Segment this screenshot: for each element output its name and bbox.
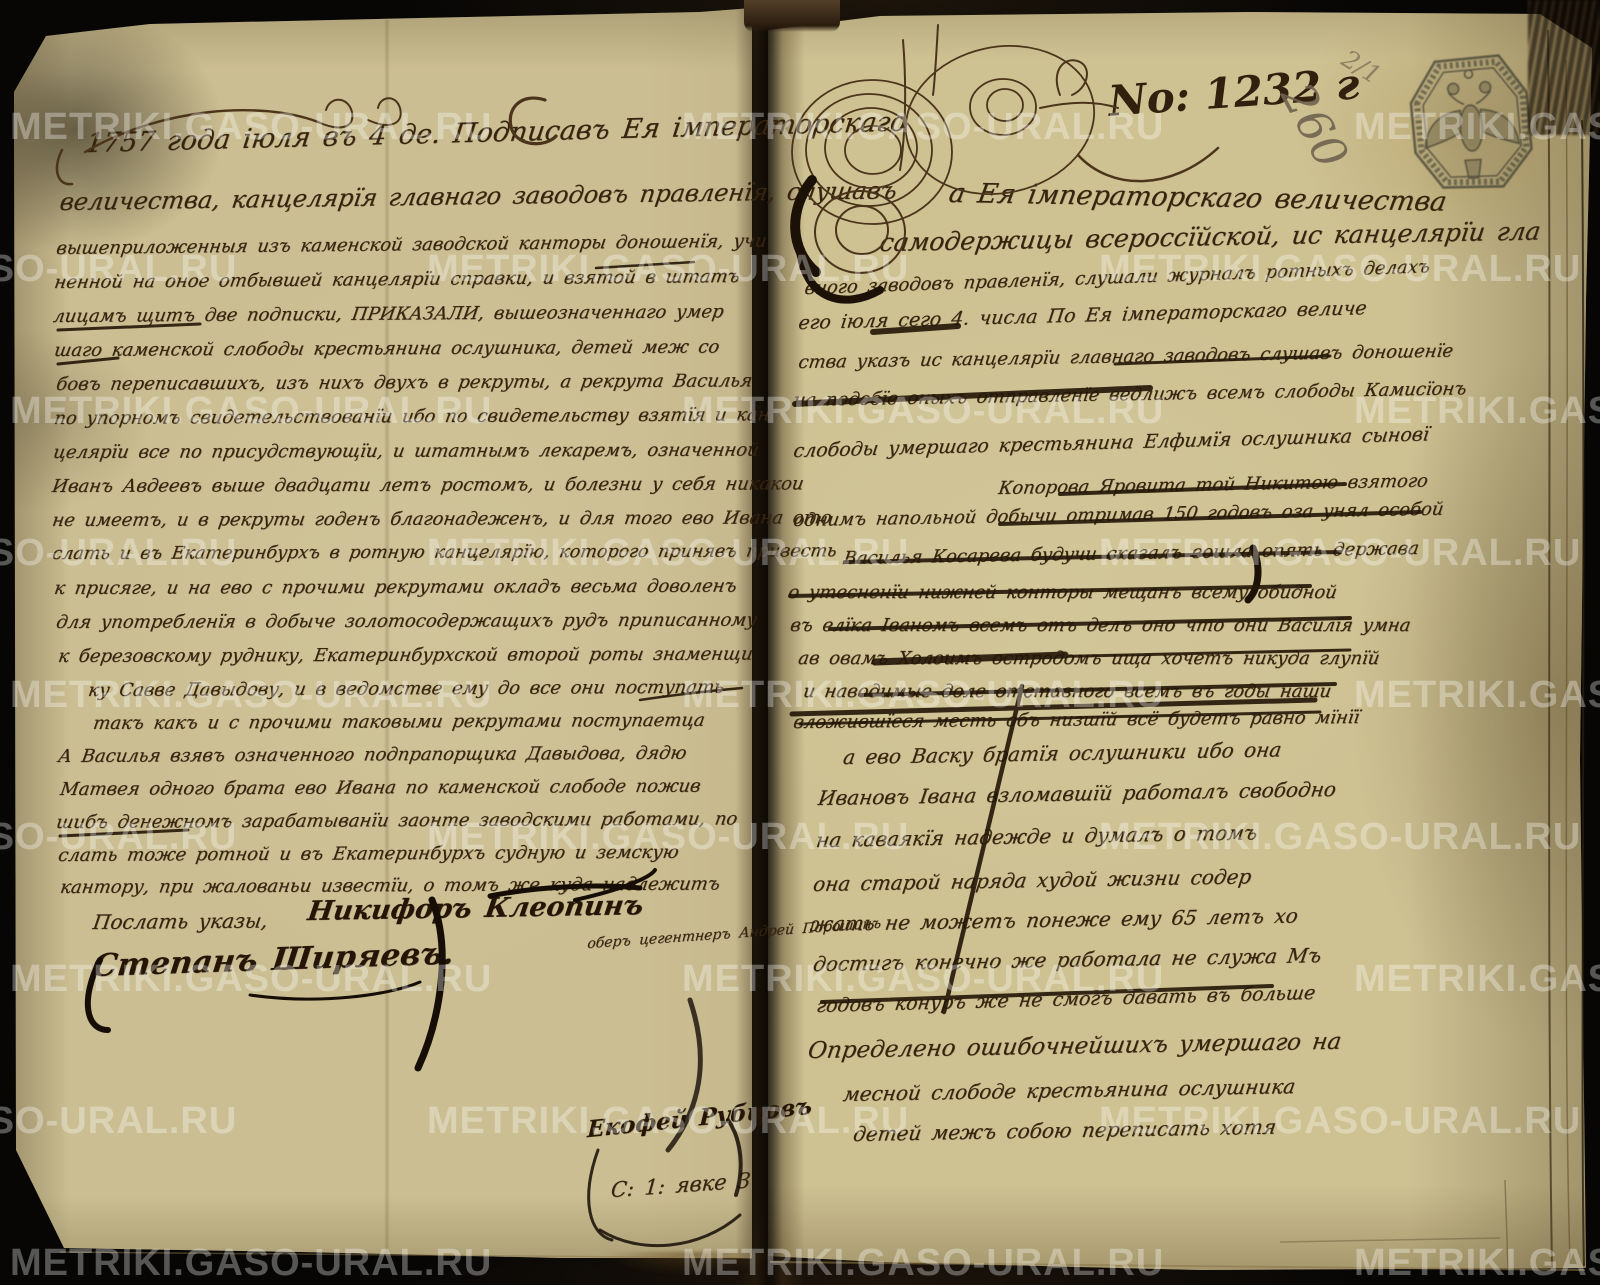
handwriting-line: въ елïка Іваномъ всемъ отъ делъ оно что … bbox=[789, 615, 1412, 636]
binding-corner-streaks bbox=[1528, 0, 1600, 135]
handwriting-line: по упорномъ свидетельствованïи ибо по св… bbox=[53, 404, 771, 429]
handwriting-line: Иванъ Авдеевъ выше двадцати летъ ростомъ… bbox=[51, 473, 805, 497]
closing-line: Послать указы, bbox=[91, 908, 269, 934]
manuscript-scan: No: 1232 г 260 2/1 1757 года іюля въ 4 д… bbox=[0, 0, 1600, 1285]
handwriting-line: слать и въ Екатеринбурхъ в ротную канцел… bbox=[51, 541, 838, 564]
handwriting-line: ку Савве Давыдову, и в ведомстве ему до … bbox=[87, 677, 726, 701]
handwriting-line: целярïи все по присудствующïи, и штатным… bbox=[52, 440, 761, 463]
handwriting-line: слать тоже ротной и въ Екатеринбурхъ суд… bbox=[57, 842, 681, 866]
binding-edge bbox=[744, 0, 840, 32]
handwriting-line: и наводимые доле отставного всемъ въ год… bbox=[802, 681, 1333, 702]
handwriting-line: для употребленïя в добыче золотосодержащ… bbox=[55, 610, 759, 633]
handwriting-line: ав овамъ Холоимъ остродомъ ища хочетъ ни… bbox=[797, 648, 1381, 669]
handwriting-line: А Василья взявъ означенного подпрапорщик… bbox=[57, 743, 688, 767]
handwriting-line: Матвея одного брата ево Ивана по каменск… bbox=[59, 776, 702, 800]
handwriting-line: к присяге, и на ево с прочими рекрутами … bbox=[53, 576, 738, 599]
handwriting-line: бовъ переписавшихъ, изъ нихъ двухъ в рек… bbox=[55, 370, 754, 395]
handwriting-line: такъ какъ и с прочими таковыми рекрутами… bbox=[92, 710, 707, 734]
handwriting-line: о утесненïи нижней конторы мещанъ всему … bbox=[787, 582, 1339, 603]
page-edge-debris bbox=[600, 1252, 780, 1285]
handwriting-line: не имеетъ, и в рекруты годенъ благонадеж… bbox=[51, 507, 833, 531]
handwriting-line: шаго каменской слободы крестьянина ослуш… bbox=[53, 337, 721, 361]
handwriting-line: шибъ денежномъ зарабатыванïи заонте заво… bbox=[55, 808, 739, 833]
signature-kleopin: Никифоръ Клеопинъ bbox=[306, 890, 646, 927]
handwriting-line: к березовскому руднику, Екатеринбурхской… bbox=[57, 644, 755, 667]
